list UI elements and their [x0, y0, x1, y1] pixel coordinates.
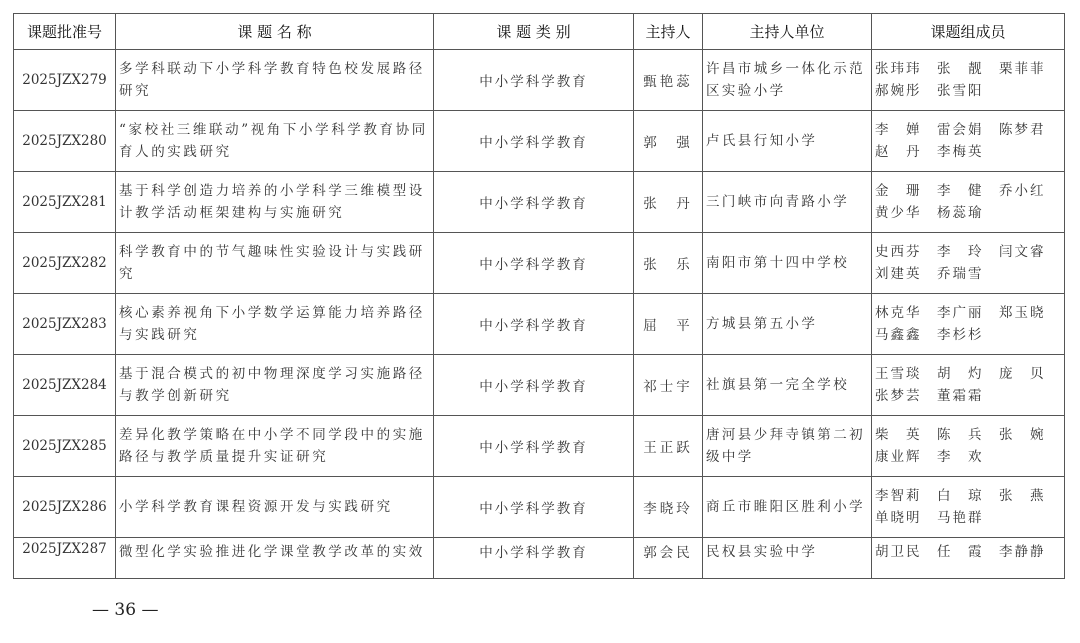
project-title: 核心素养视角下小学数学运算能力培养路径与实践研究: [116, 294, 434, 355]
host-name: 张 乐: [634, 233, 703, 294]
approval-number: 2025JZX282: [14, 233, 116, 294]
project-category: 中小学科学教育: [434, 477, 634, 538]
project-title: 科学教育中的节气趣味性实验设计与实践研究: [116, 233, 434, 294]
host-unit: 民权县实验中学: [703, 538, 872, 579]
project-title: “家校社三维联动”视角下小学科学教育协同育人的实践研究: [116, 111, 434, 172]
header-host-unit: 主持人单位: [703, 14, 872, 50]
project-category: 中小学科学教育: [434, 111, 634, 172]
project-category: 中小学科学教育: [434, 538, 634, 579]
members: 林克华 李广丽 郑玉晓 马鑫鑫 李杉杉: [872, 294, 1065, 355]
project-title: 多学科联动下小学科学教育特色校发展路径研究: [116, 50, 434, 111]
project-title: 小学科学教育课程资源开发与实践研究: [116, 477, 434, 538]
approval-number: 2025JZX281: [14, 172, 116, 233]
table-row: 2025JZX287 微型化学实验推进化学课堂教学改革的实效 中小学科学教育 郭…: [14, 538, 1065, 579]
members: 李智莉 白 琼 张 燕 单晓明 马艳群: [872, 477, 1065, 538]
host-unit: 商丘市睢阳区胜利小学: [703, 477, 872, 538]
table-row: 2025JZX283 核心素养视角下小学数学运算能力培养路径与实践研究 中小学科…: [14, 294, 1065, 355]
approval-number: 2025JZX280: [14, 111, 116, 172]
approval-number: 2025JZX283: [14, 294, 116, 355]
members: 张玮玮 张 靓 栗菲菲 郝婉彤 张雪阳: [872, 50, 1065, 111]
host-unit: 许昌市城乡一体化示范区实验小学: [703, 50, 872, 111]
host-name: 甄艳蕊: [634, 50, 703, 111]
header-approval-number: 课题批准号: [14, 14, 116, 50]
project-title: 微型化学实验推进化学课堂教学改革的实效: [116, 538, 434, 579]
table-row: 2025JZX280 “家校社三维联动”视角下小学科学教育协同育人的实践研究 中…: [14, 111, 1065, 172]
table-row: 2025JZX285 差异化教学策略在中小学不同学段中的实施路径与教学质量提升实…: [14, 416, 1065, 477]
approval-number: 2025JZX285: [14, 416, 116, 477]
project-category: 中小学科学教育: [434, 233, 634, 294]
host-unit: 三门峡市向青路小学: [703, 172, 872, 233]
host-unit: 方城县第五小学: [703, 294, 872, 355]
table-row: 2025JZX284 基于混合模式的初中物理深度学习实施路径与教学创新研究 中小…: [14, 355, 1065, 416]
approval-number: 2025JZX279: [14, 50, 116, 111]
members: 胡卫民 任 霞 李静静: [872, 538, 1065, 579]
table-row: 2025JZX281 基于科学创造力培养的小学科学三维模型设计教学活动框架建构与…: [14, 172, 1065, 233]
members: 王雪琰 胡 灼 庞 贝 张梦芸 董霜霜: [872, 355, 1065, 416]
members: 金 珊 李 健 乔小红 黄少华 杨蕊瑜: [872, 172, 1065, 233]
host-unit: 社旗县第一完全学校: [703, 355, 872, 416]
host-unit: 唐河县少拜寺镇第二初级中学: [703, 416, 872, 477]
header-members: 课题组成员: [872, 14, 1065, 50]
header-project-category: 课 题 类 别: [434, 14, 634, 50]
project-table: 课题批准号 课 题 名 称 课 题 类 别 主持人 主持人单位 课题组成员 20…: [13, 13, 1065, 579]
host-unit: 南阳市第十四中学校: [703, 233, 872, 294]
project-category: 中小学科学教育: [434, 172, 634, 233]
host-name: 郭 强: [634, 111, 703, 172]
host-name: 屈 平: [634, 294, 703, 355]
project-category: 中小学科学教育: [434, 50, 634, 111]
header-host: 主持人: [634, 14, 703, 50]
members: 柴 英 陈 兵 张 婉 康业辉 李 欢: [872, 416, 1065, 477]
table-header-row: 课题批准号 课 题 名 称 课 题 类 别 主持人 主持人单位 课题组成员: [14, 14, 1065, 50]
approval-number: 2025JZX286: [14, 477, 116, 538]
approval-number: 2025JZX287: [14, 538, 116, 579]
project-title: 差异化教学策略在中小学不同学段中的实施路径与教学质量提升实证研究: [116, 416, 434, 477]
host-name: 祁士宇: [634, 355, 703, 416]
table-row: 2025JZX286 小学科学教育课程资源开发与实践研究 中小学科学教育 李晓玲…: [14, 477, 1065, 538]
host-name: 郭会民: [634, 538, 703, 579]
project-title: 基于科学创造力培养的小学科学三维模型设计教学活动框架建构与实施研究: [116, 172, 434, 233]
table-row: 2025JZX279 多学科联动下小学科学教育特色校发展路径研究 中小学科学教育…: [14, 50, 1065, 111]
table-row: 2025JZX282 科学教育中的节气趣味性实验设计与实践研究 中小学科学教育 …: [14, 233, 1065, 294]
page-number: — 36 —: [92, 600, 158, 620]
host-name: 李晓玲: [634, 477, 703, 538]
members: 李 婵 雷会娟 陈梦君 赵 丹 李梅英: [872, 111, 1065, 172]
header-project-title: 课 题 名 称: [116, 14, 434, 50]
project-title: 基于混合模式的初中物理深度学习实施路径与教学创新研究: [116, 355, 434, 416]
project-category: 中小学科学教育: [434, 416, 634, 477]
host-name: 张 丹: [634, 172, 703, 233]
approval-number: 2025JZX284: [14, 355, 116, 416]
project-category: 中小学科学教育: [434, 355, 634, 416]
host-unit: 卢氏县行知小学: [703, 111, 872, 172]
project-category: 中小学科学教育: [434, 294, 634, 355]
host-name: 王正跃: [634, 416, 703, 477]
members: 史西芬 李 玲 闫文睿 刘建英 乔瑞雪: [872, 233, 1065, 294]
